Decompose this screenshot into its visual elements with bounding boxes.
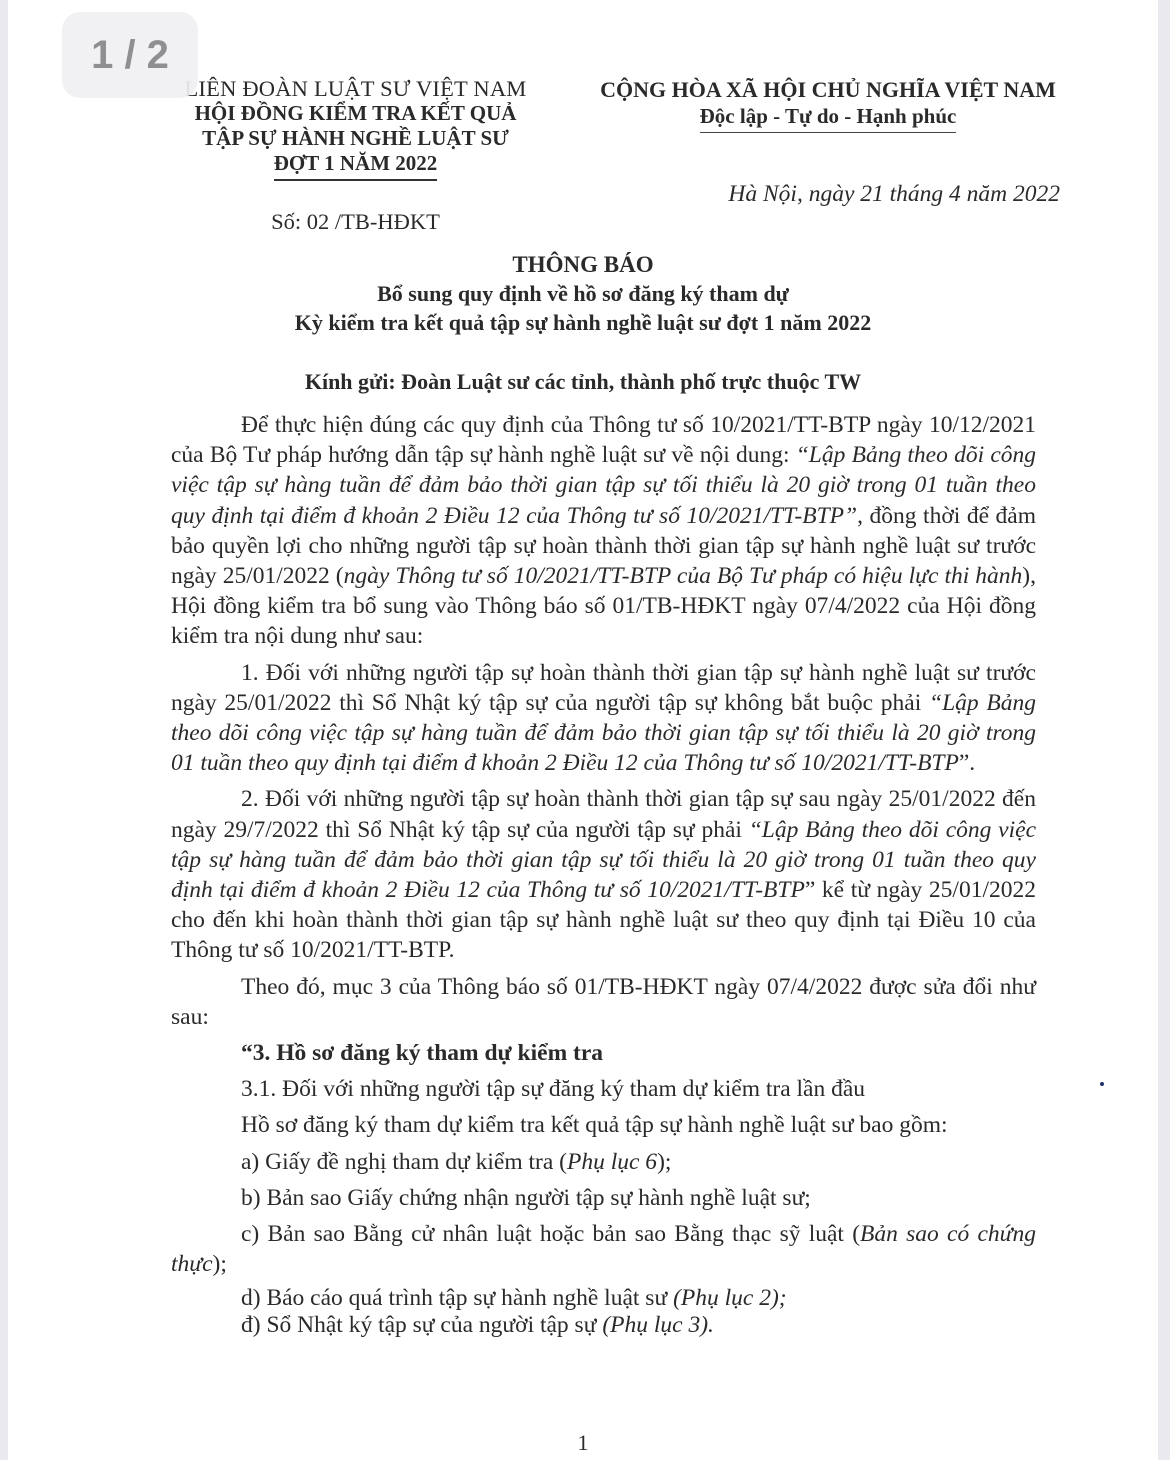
document-subject-line2: Kỳ kiểm tra kết quả tập sự hành nghề luậ… — [8, 308, 1158, 337]
intro-paragraph: Để thực hiện đúng các quy định của Thông… — [171, 410, 1036, 652]
page-indicator: 1 / 2 — [62, 12, 198, 98]
point-2: 2. Đối với những người tập sự hoàn thành… — [171, 784, 1036, 965]
national-header: CỘNG HÒA XÃ HỘI CHỦ NGHĨA VIỆT NAM Độc l… — [578, 76, 1078, 208]
dossier-item-b: b) Bản sao Giấy chứng nhận người tập sự … — [171, 1183, 1036, 1213]
issuer-council-line3: ĐỢT 1 NĂM 2022 — [274, 151, 438, 181]
item-note: (Phụ lục 3). — [602, 1312, 714, 1338]
dossier-item-dd: đ) Sổ Nhật ký tập sự của người tập sự (P… — [171, 1311, 1036, 1339]
issuer-parent-org: LIÊN ĐOÀN LUẬT SƯ VIỆT NAM — [168, 76, 543, 101]
item-text: đ) Sổ Nhật ký tập sự của người tập sự — [241, 1312, 602, 1338]
document-number: Số: 02 /TB-HĐKT — [168, 209, 543, 234]
section-3-1-heading: 3.1. Đối với những người tập sự đăng ký … — [171, 1074, 1036, 1104]
point-1: 1. Đối với những người tập sự hoàn thành… — [171, 658, 1036, 779]
item-text: b) Bản sao Giấy chứng nhận người tập sự … — [241, 1185, 811, 1211]
intro-note: ngày Thông tư số 10/2021/TT-BTP của Bộ T… — [344, 563, 1023, 589]
item-text: c) Bản sao Bằng cử nhân luật hoặc bản sa… — [241, 1221, 860, 1247]
document-body: Để thực hiện đúng các quy định của Thông… — [171, 410, 1036, 1339]
national-title: CỘNG HÒA XÃ HỘI CHỦ NGHĨA VIỆT NAM — [578, 76, 1078, 103]
section-3-heading: “3. Hồ sơ đăng ký tham dự kiểm tra — [171, 1038, 1036, 1068]
item-end: ); — [213, 1251, 227, 1277]
document-type: THÔNG BÁO — [8, 250, 1158, 279]
document-title-block: THÔNG BÁO Bổ sung quy định về hồ sơ đăng… — [8, 250, 1158, 396]
dossier-item-a: a) Giấy đề nghị tham dự kiểm tra (Phụ lụ… — [171, 1147, 1036, 1177]
issuer-council-line1: HỘI ĐỒNG KIỂM TRA KẾT QUẢ — [168, 101, 543, 126]
recipient-line: Kính gửi: Đoàn Luật sư các tỉnh, thành p… — [8, 367, 1158, 396]
dossier-intro: Hồ sơ đăng ký tham dự kiểm tra kết quả t… — [171, 1110, 1036, 1140]
document-viewer[interactable]: 1 / 2 LIÊN ĐOÀN LUẬT SƯ VIỆT NAM HỘI ĐỒN… — [8, 0, 1158, 1460]
document-subject-line1: Bổ sung quy định về hồ sơ đăng ký tham d… — [8, 279, 1158, 308]
item-text: d) Báo cáo quá trình tập sự hành nghề lu… — [241, 1285, 673, 1311]
point-1-text: 1. Đối với những người tập sự hoàn thành… — [171, 660, 1036, 716]
point-1-end: ”. — [959, 750, 975, 776]
document-page: LIÊN ĐOÀN LUẬT SƯ VIỆT NAM HỘI ĐỒNG KIỂM… — [8, 0, 1158, 1460]
dossier-item-c: c) Bản sao Bằng cử nhân luật hoặc bản sa… — [171, 1219, 1036, 1279]
place-and-date: Hà Nội, ngày 21 tháng 4 năm 2022 — [578, 181, 1078, 208]
amendment-intro: Theo đó, mục 3 của Thông báo số 01/TB-HĐ… — [171, 972, 1036, 1032]
item-note: Phụ lục 6 — [567, 1149, 657, 1175]
scan-speck — [1100, 1082, 1104, 1086]
item-end: ); — [657, 1149, 671, 1175]
issuer-council-line2: TẬP SỰ HÀNH NGHỀ LUẬT SƯ — [168, 126, 543, 151]
item-note: (Phụ lục 2); — [673, 1285, 787, 1311]
national-motto: Độc lập - Tự do - Hạnh phúc — [700, 103, 957, 133]
issuer-header: LIÊN ĐOÀN LUẬT SƯ VIỆT NAM HỘI ĐỒNG KIỂM… — [168, 76, 543, 234]
item-text: a) Giấy đề nghị tham dự kiểm tra ( — [241, 1149, 567, 1175]
page-number: 1 — [8, 1430, 1158, 1456]
dossier-item-d: d) Báo cáo quá trình tập sự hành nghề lu… — [171, 1285, 1036, 1311]
